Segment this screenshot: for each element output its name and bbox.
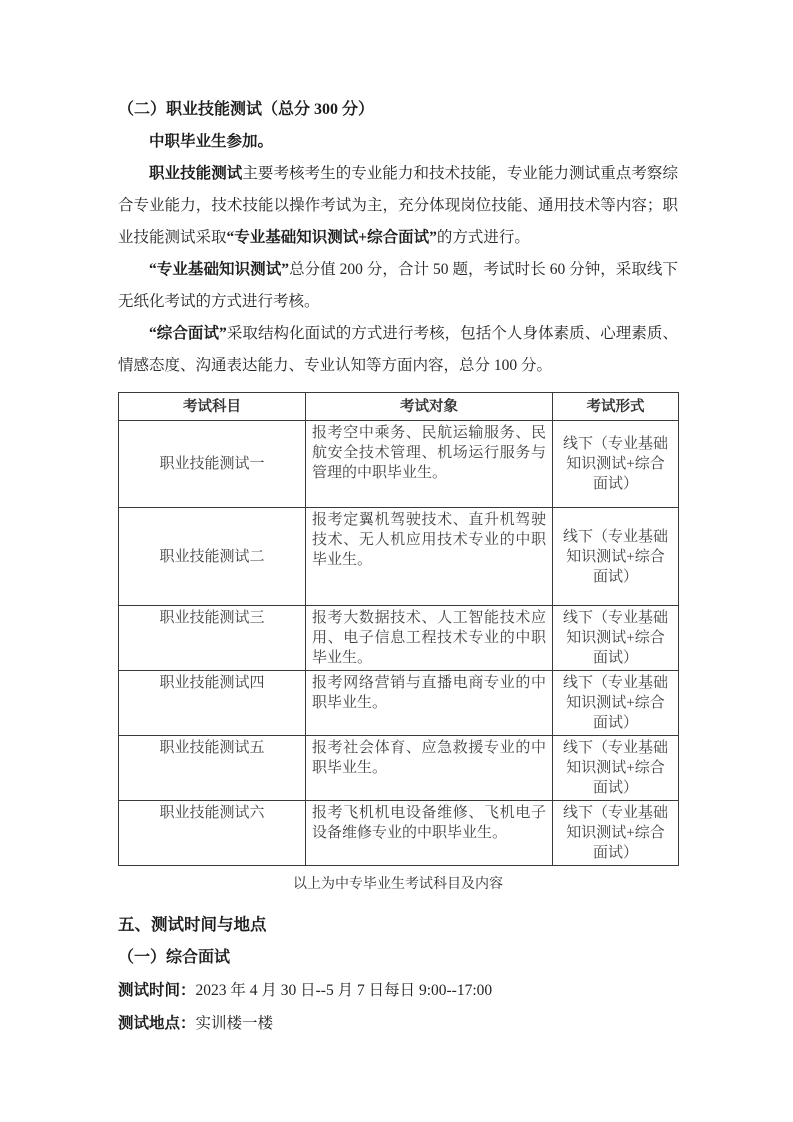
table-header-row: 考试科目 考试对象 考试形式	[119, 393, 679, 421]
header-exam-format: 考试形式	[553, 393, 679, 421]
interview-lead-bold: “综合面试”	[149, 325, 227, 342]
header-exam-target: 考试对象	[306, 393, 553, 421]
table-row: 职业技能测试三 报考大数据技术、人工智能技术应用、电子信息工程技术专业的中职毕业…	[119, 606, 679, 671]
row-format: 线下（专业基础知识测试+综合面试）	[553, 508, 679, 606]
test-time-value: 2023 年 4 月 30 日--5 月 7 日每日 9:00--17:00	[196, 982, 493, 999]
interview-subheading: （一）综合面试	[118, 941, 678, 974]
test-place-line: 测试地点：实训楼一楼	[118, 1007, 678, 1040]
skill-test-paragraph: 职业技能测试主要考核考生的专业能力和技术技能，专业能力测试重点考察综合专业能力，…	[118, 158, 678, 254]
skill-test-tail: 的方式进行。	[437, 229, 530, 246]
skill-test-lead-bold: 职业技能测试	[149, 165, 242, 182]
row-target: 报考网络营销与直播电商专业的中职毕业生。	[306, 671, 553, 736]
section-five-heading: 五、测试时间与地点	[118, 908, 678, 941]
row-format: 线下（专业基础知识测试+综合面试）	[553, 801, 679, 866]
row-subject: 职业技能测试五	[119, 736, 306, 801]
table-caption: 以上为中专毕业生考试科目及内容	[118, 874, 678, 896]
test-place-value: 实训楼一楼	[196, 1015, 274, 1032]
row-subject: 职业技能测试三	[119, 606, 306, 671]
row-format: 线下（专业基础知识测试+综合面试）	[553, 671, 679, 736]
test-time-label: 测试时间：	[118, 982, 196, 999]
header-exam-subject: 考试科目	[119, 393, 306, 421]
row-format: 线下（专业基础知识测试+综合面试）	[553, 736, 679, 801]
table-row: 职业技能测试一 报考空中乘务、民航运输服务、民航安全技术管理、机场运行服务与管理…	[119, 421, 679, 508]
table-row: 职业技能测试六 报考飞机机电设备维修、飞机电子设备维修专业的中职毕业生。 线下（…	[119, 801, 679, 866]
document-page: （二）职业技能测试（总分 300 分） 中职毕业生参加。 职业技能测试主要考核考…	[0, 0, 793, 1122]
row-target: 报考空中乘务、民航运输服务、民航安全技术管理、机场运行服务与管理的中职毕业生。	[306, 421, 553, 508]
row-format: 线下（专业基础知识测试+综合面试）	[553, 606, 679, 671]
table-row: 职业技能测试五 报考社会体育、应急救援专业的中职毕业生。 线下（专业基础知识测试…	[119, 736, 679, 801]
test-time-line: 测试时间：2023 年 4 月 30 日--5 月 7 日每日 9:00--17…	[118, 974, 678, 1007]
row-target: 报考大数据技术、人工智能技术应用、电子信息工程技术专业的中职毕业生。	[306, 606, 553, 671]
row-subject: 职业技能测试一	[119, 421, 306, 508]
interview-paragraph: “综合面试”采取结构化面试的方式进行考核，包括个人身体素质、心理素质、情感态度、…	[118, 318, 678, 382]
row-format: 线下（专业基础知识测试+综合面试）	[553, 421, 679, 508]
exam-subjects-table: 考试科目 考试对象 考试形式 职业技能测试一 报考空中乘务、民航运输服务、民航安…	[118, 392, 679, 866]
row-target: 报考飞机机电设备维修、飞机电子设备维修专业的中职毕业生。	[306, 801, 553, 866]
table-row: 职业技能测试二 报考定翼机驾驶技术、直升机驾驶技术、无人机应用技术专业的中职毕业…	[119, 508, 679, 606]
row-subject: 职业技能测试六	[119, 801, 306, 866]
test-place-label: 测试地点：	[118, 1015, 196, 1032]
participants-line: 中职毕业生参加。	[118, 126, 678, 158]
row-target: 报考社会体育、应急救援专业的中职毕业生。	[306, 736, 553, 801]
basic-knowledge-paragraph: “专业基础知识测试”总分值 200 分，合计 50 题，考试时长 60 分钟，采…	[118, 254, 678, 318]
basic-knowledge-lead-bold: “专业基础知识测试”	[149, 261, 289, 278]
table-row: 职业技能测试四 报考网络营销与直播电商专业的中职毕业生。 线下（专业基础知识测试…	[119, 671, 679, 736]
row-subject: 职业技能测试四	[119, 671, 306, 736]
section-two-heading: （二）职业技能测试（总分 300 分）	[118, 94, 678, 126]
document-content: （二）职业技能测试（总分 300 分） 中职毕业生参加。 职业技能测试主要考核考…	[118, 94, 678, 1040]
row-subject: 职业技能测试二	[119, 508, 306, 606]
skill-test-quote-bold: “专业基础知识测试+综合面试”	[227, 229, 437, 246]
row-target: 报考定翼机驾驶技术、直升机驾驶技术、无人机应用技术专业的中职毕业生。	[306, 508, 553, 606]
